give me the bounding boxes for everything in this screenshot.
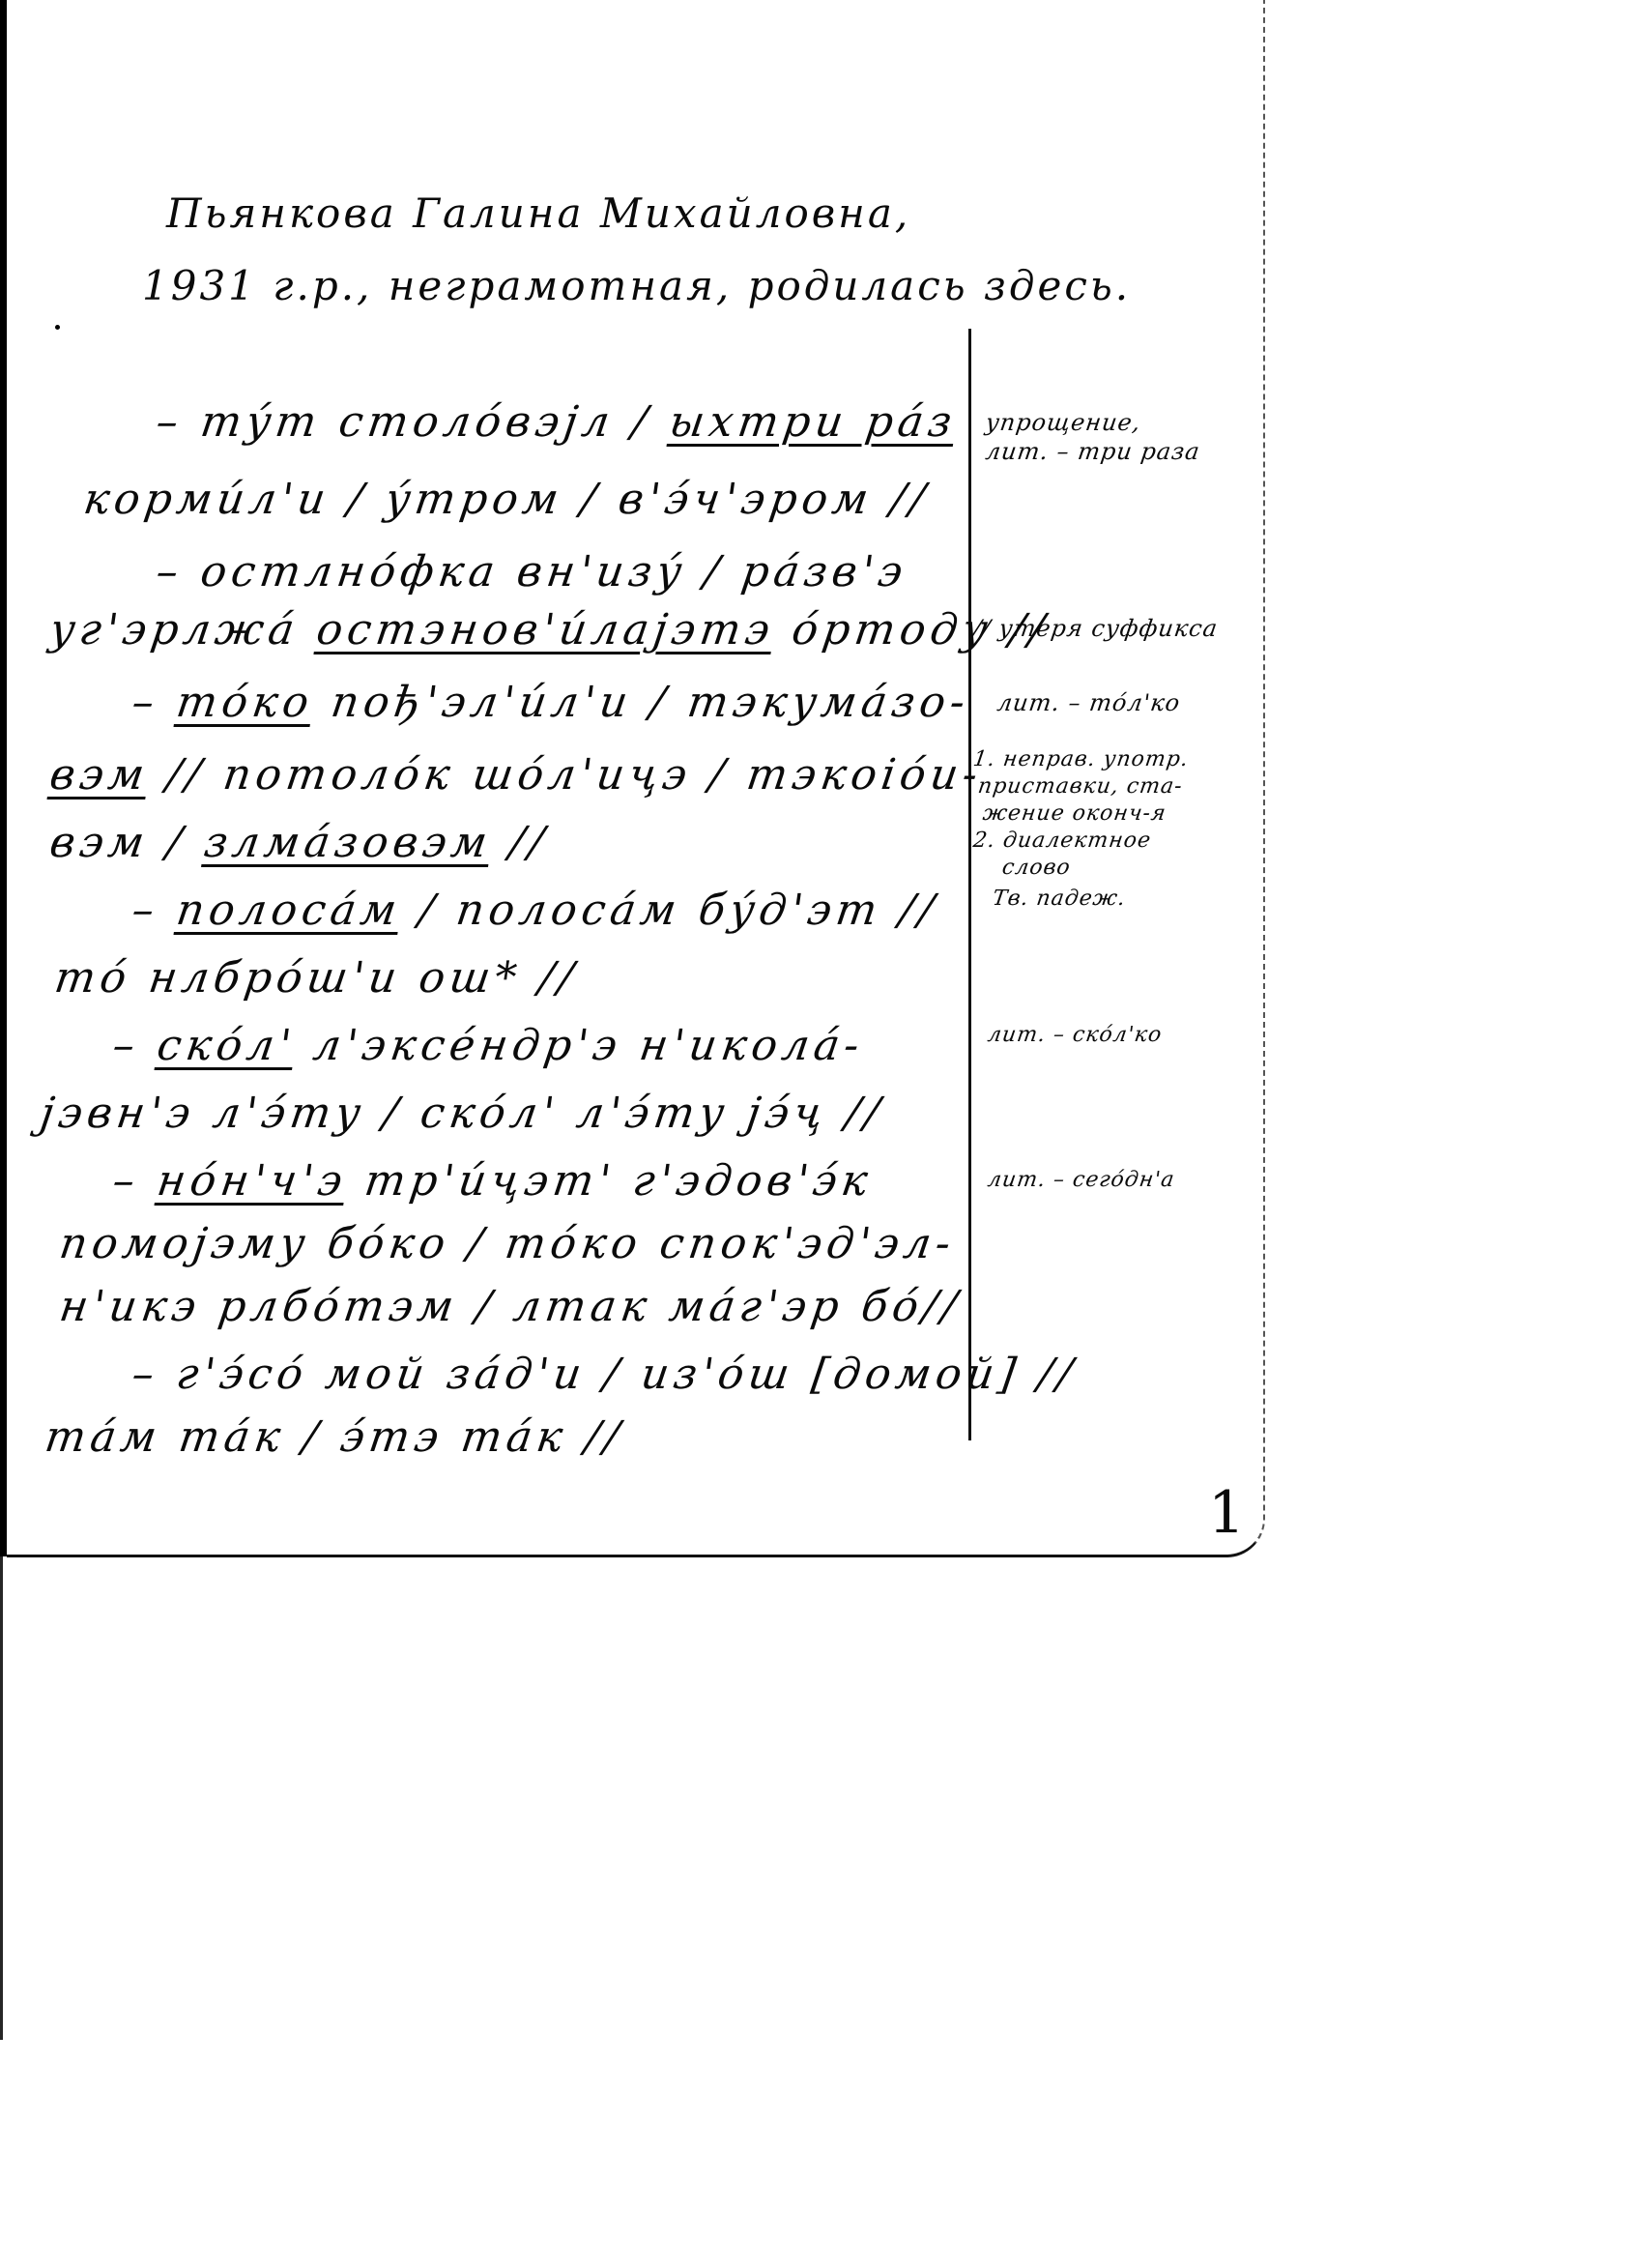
transcript-line-16: та́м та́к / э́тэ та́к //	[43, 1416, 626, 1459]
underlined-text: полоса́м	[173, 886, 404, 935]
underlined-text: вэм	[46, 750, 152, 800]
line-text: //	[488, 818, 552, 867]
scan-edge-left	[0, 0, 7, 1556]
margin-note: лит. – три раза	[984, 440, 1201, 463]
margin-note: жение оконч-я	[981, 803, 1167, 825]
transcript-line-7: вэм / злма́зовэм //	[47, 822, 551, 864]
underlined-text: то́ко	[173, 678, 316, 727]
line-text: // потоло́к шо́л'иҷэ / тэкоióи-	[145, 750, 985, 800]
underlined-text: злма́зовэм	[201, 818, 495, 867]
transcript-line-3: – остлно́фка вн'изу́ / ра́зв'э	[154, 551, 910, 594]
margin-note: Тв. падеж.	[991, 888, 1127, 910]
line-text: –	[129, 886, 180, 935]
margin-note: 2. диалектное	[971, 830, 1152, 852]
transcript-line-11: јэвн'э л'э́ту / ско́л' л'э́ту јэ́ҷ //	[38, 1092, 887, 1135]
margin-note: упрощение,	[984, 411, 1142, 434]
line-text: –	[129, 678, 180, 727]
line-text: н'икэ рлбо́тэм / лтак ма́г'эр бо́//	[56, 1282, 965, 1331]
header-speaker-info: 1931 г.р., неграмотная, родилась здесь.	[142, 266, 1131, 306]
transcript-line-6: вэм // потоло́к шо́л'иҷэ / тэкоióи-	[47, 754, 985, 797]
underlined-text: остэнов'и́лајэтэ	[313, 605, 777, 654]
underlined-text: ско́л'	[154, 1021, 299, 1070]
line-text: вэм /	[46, 818, 208, 867]
line-text: –	[109, 1021, 160, 1070]
page-number: 1	[1208, 1484, 1246, 1542]
underlined-text: но́н'ч'э	[154, 1156, 350, 1206]
margin-note: 1. неправ. употр.	[971, 749, 1190, 771]
line-text: јэвн'э л'э́ту / ско́л' л'э́ту јэ́ҷ //	[37, 1089, 887, 1138]
line-text: / полоса́м бу́д'эт //	[397, 886, 941, 935]
line-text: помојэму бо́ко / то́ко спок'эд'эл-	[56, 1219, 958, 1268]
transcript-line-2: корми́л'и / у́тром / в'э́ч'эром //	[81, 479, 933, 521]
transcript-line-4: уг'эрлжа́ остэнов'и́лајэтэ о́ртоду //	[47, 609, 1052, 652]
header-speaker-name: Пьянкова Галина Михайловна,	[166, 193, 910, 234]
line-text: –	[109, 1156, 160, 1206]
transcript-line-5: – то́ко пођ'эл'и́л'и / тэкума́зо-	[130, 682, 972, 724]
line-text: корми́л'и / у́тром / в'э́ч'эром //	[80, 475, 933, 524]
line-text: то́ нлбро́ш'и ош* //	[51, 953, 581, 1003]
stray-mark	[55, 325, 60, 330]
line-text: тр'и́ҷэт' г'эдов'э́к	[343, 1156, 876, 1206]
line-text: – остлно́фка вн'изу́ / ра́зв'э	[153, 547, 910, 596]
margin-note: лит. – то́л'ко	[995, 691, 1182, 714]
margin-line	[968, 329, 971, 1440]
margin-note: // утеря суффикса	[971, 617, 1219, 640]
scan-edge-left-lower	[0, 1556, 3, 2040]
transcript-line-13: помојэму бо́ко / то́ко спок'эд'эл-	[57, 1223, 958, 1265]
transcript-line-8: – полоса́м / полоса́м бу́д'эт //	[130, 889, 941, 932]
transcript-line-1: – ту́т столо́вэјл / ыхтри ра́з	[154, 401, 959, 444]
transcript-line-10: – ско́л' л'эксе́ндр'э н'икола́-	[110, 1025, 866, 1067]
margin-note: лит. – ско́л'ко	[986, 1025, 1163, 1046]
transcript-line-15: – г'э́со́ мой за́д'и / из'о́ш [домой] //	[130, 1353, 1080, 1396]
transcript-line-14: н'икэ рлбо́тэм / лтак ма́г'эр бо́//	[57, 1286, 965, 1328]
transcript-line-9: то́ нлбро́ш'и ош* //	[52, 957, 581, 1000]
document-page: Пьянкова Галина Михайловна, 1931 г.р., н…	[7, 0, 1265, 1557]
margin-note: лит. – сего́дн'а	[986, 1170, 1175, 1191]
line-text: пођ'эл'и́л'и / тэкума́зо-	[309, 678, 972, 727]
line-text: та́м та́к / э́тэ та́к //	[42, 1412, 626, 1462]
line-text: уг'эрлжа́	[46, 605, 320, 654]
transcript-line-12: – но́н'ч'э тр'и́ҷэт' г'эдов'э́к	[110, 1160, 875, 1203]
underlined-text: ыхтри ра́з	[667, 397, 960, 447]
margin-note: слово	[1000, 858, 1072, 879]
margin-note: приставки, ста-	[976, 776, 1184, 798]
line-text: л'эксе́ндр'э н'икола́-	[292, 1021, 867, 1070]
line-text: – ту́т столо́вэјл /	[153, 397, 673, 447]
line-text: – г'э́со́ мой за́д'и / из'о́ш [домой] //	[129, 1350, 1080, 1399]
